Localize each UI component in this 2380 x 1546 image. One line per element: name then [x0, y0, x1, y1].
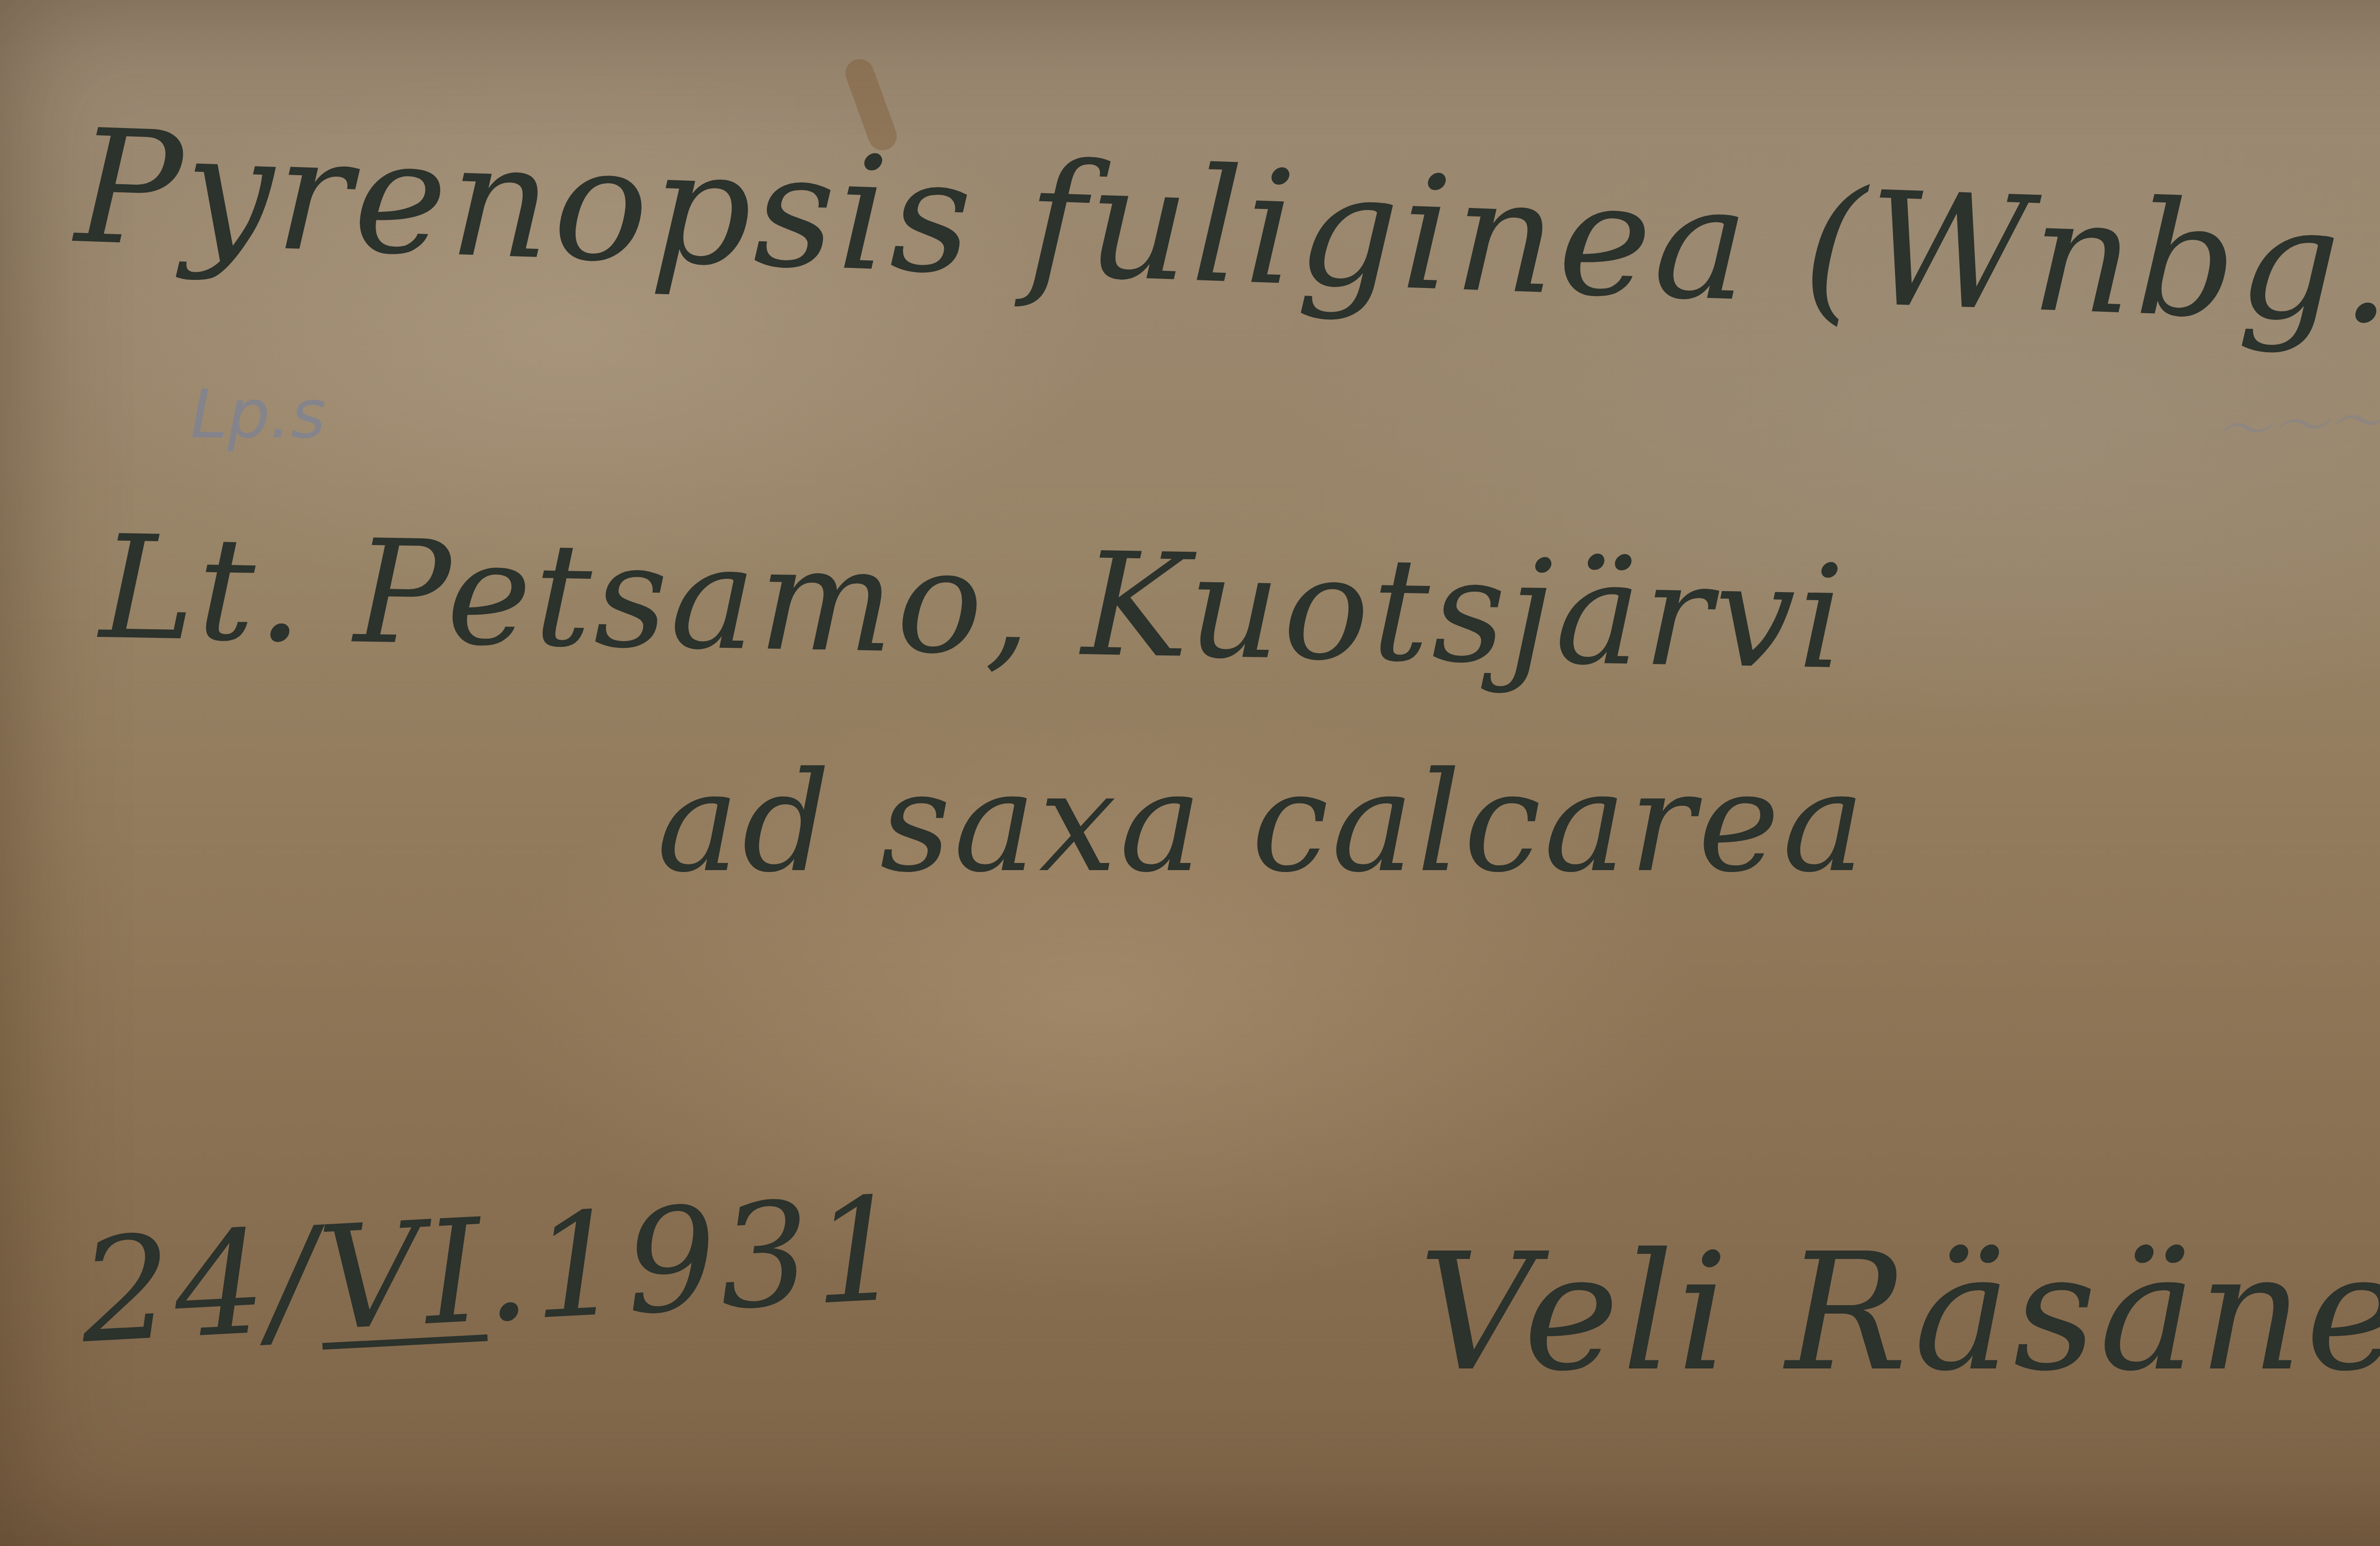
date-year: 1931: [528, 1166, 911, 1351]
collector-signature: Veli Räsänen: [1418, 1219, 2380, 1407]
taxon-name: Pyrenopsis fuliginea (Wnbg.) Nyl.: [73, 95, 2380, 375]
date-month: VI: [315, 1188, 488, 1363]
substrate: ad saxa calcarea: [657, 743, 1868, 903]
herbarium-label-card: Pyrenopsis fuliginea (Wnbg.) Nyl. Lp.s ～…: [0, 0, 2380, 1546]
date-day: 24: [77, 1199, 272, 1375]
pencil-annotation-left: Lp.s: [190, 376, 326, 454]
collection-date: 24/VI.1931: [77, 1166, 911, 1375]
pencil-annotation-right: ～～～: [2211, 375, 2380, 469]
locality: Lt. Petsamo, Kuotsjärvi: [99, 505, 1848, 701]
